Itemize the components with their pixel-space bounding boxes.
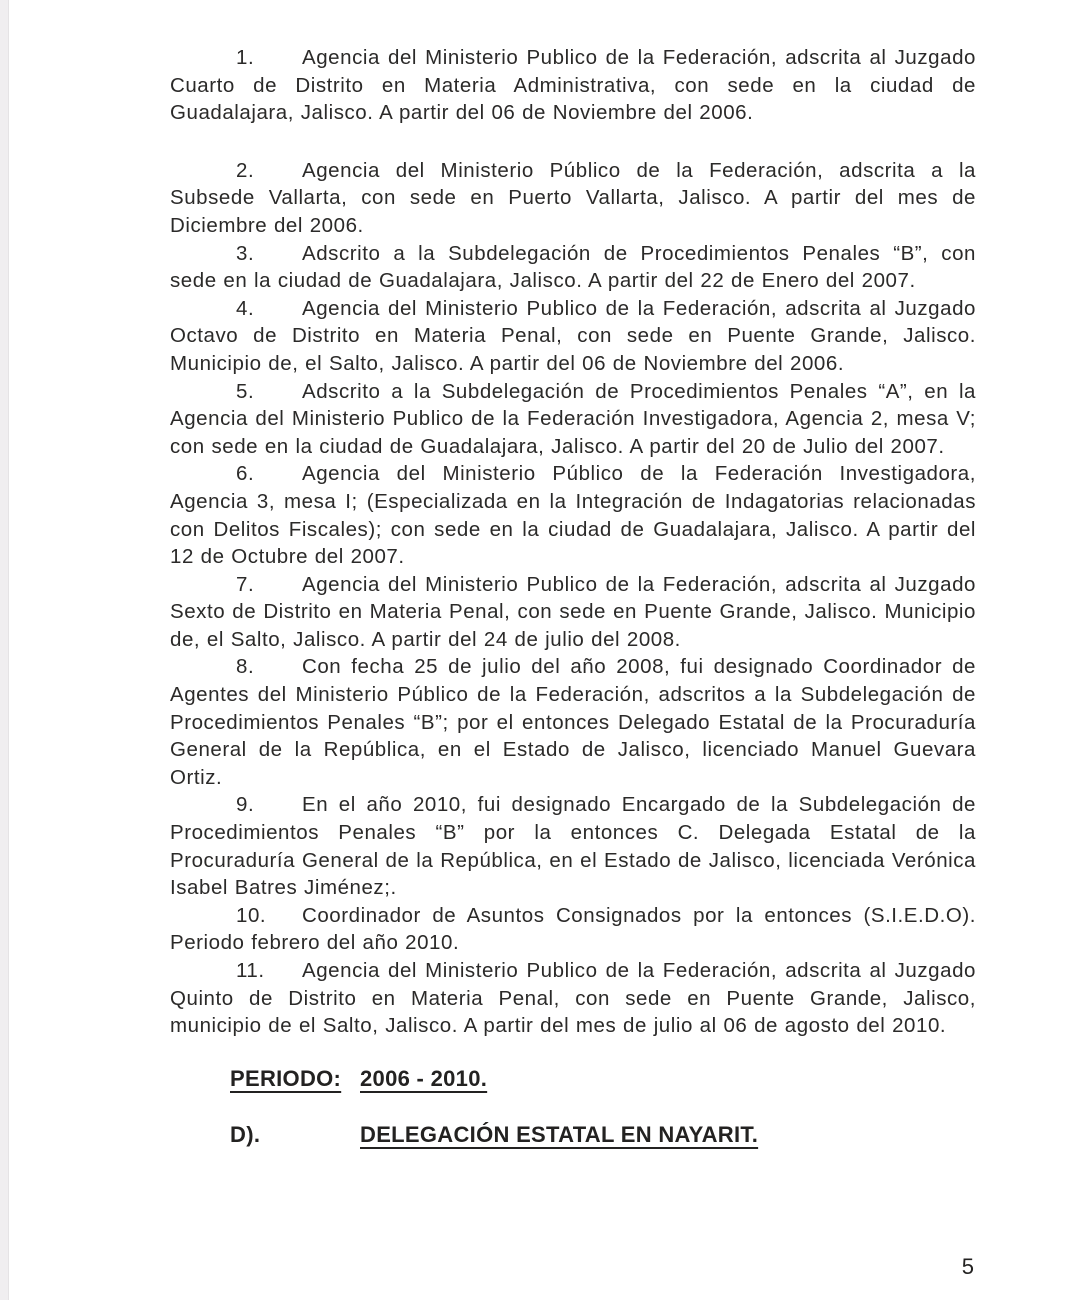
section-heading: D). DELEGACIÓN ESTATAL EN NAYARIT. [230, 1122, 976, 1148]
periodo-label: PERIODO: [230, 1066, 360, 1092]
section-label: D). [230, 1122, 360, 1148]
item-number: 8. [236, 653, 302, 681]
item-number: 1. [236, 44, 302, 72]
item-number: 10. [236, 902, 302, 930]
item-number: 11. [236, 957, 302, 985]
list-item: 6.Agencia del Ministerio Público de la F… [170, 460, 976, 570]
periodo-value: 2006 - 2010. [360, 1066, 487, 1092]
list-item: 7.Agencia del Ministerio Publico de la F… [170, 571, 976, 654]
document-page: 1.Agencia del Ministerio Publico de la F… [170, 44, 976, 1148]
item-number: 3. [236, 240, 302, 268]
list-item: 9.En el año 2010, fui designado Encargad… [170, 791, 976, 901]
periodo-heading: PERIODO: 2006 - 2010. [230, 1066, 976, 1092]
scan-page-edge [0, 0, 9, 1300]
list-item: 1.Agencia del Ministerio Publico de la F… [170, 44, 976, 127]
item-number: 2. [236, 157, 302, 185]
item-number: 6. [236, 460, 302, 488]
page-number: 5 [962, 1254, 974, 1280]
list-item: 3.Adscrito a la Subdelegación de Procedi… [170, 240, 976, 295]
list-item: 5.Adscrito a la Subdelegación de Procedi… [170, 378, 976, 461]
list-item: 2.Agencia del Ministerio Público de la F… [170, 157, 976, 240]
item-number: 5. [236, 378, 302, 406]
list-item: 8.Con fecha 25 de julio del año 2008, fu… [170, 653, 976, 791]
list-item: 11.Agencia del Ministerio Publico de la … [170, 957, 976, 1040]
list-item: 10.Coordinador de Asuntos Consignados po… [170, 902, 976, 957]
list-item: 4.Agencia del Ministerio Publico de la F… [170, 295, 976, 378]
item-number: 9. [236, 791, 302, 819]
item-number: 7. [236, 571, 302, 599]
section-title: DELEGACIÓN ESTATAL EN NAYARIT. [360, 1122, 758, 1148]
item-number: 4. [236, 295, 302, 323]
